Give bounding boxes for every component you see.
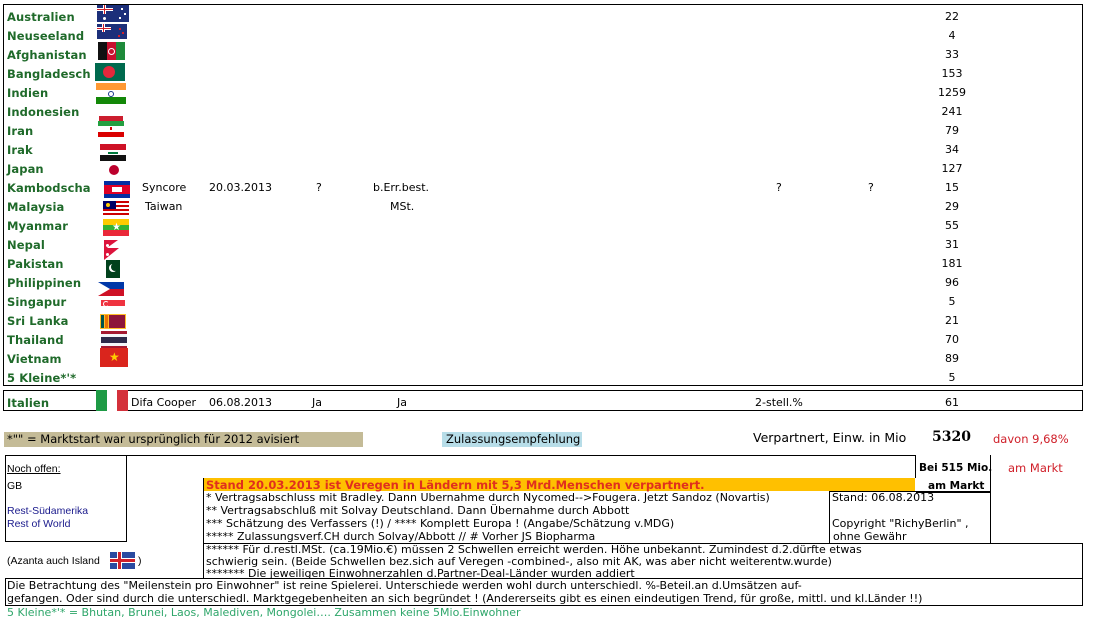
remark-line-2: gefangen. Oder sind durch die unterschie… [7,593,922,606]
country-name: Nepal [7,238,45,252]
bangladesh-flag [95,63,125,81]
footnote-2: ** Vertragsabschluß mit Solvay Deutschla… [206,505,629,518]
pakistan-flag [102,260,120,278]
nepal-flag [104,240,120,260]
afghanistan-flag [98,42,125,60]
partnered-total: 5320 [932,431,971,444]
population-value: 153 [922,67,982,80]
cell-date: 20.03.2013 [209,181,272,194]
iceland-note-close: ) [138,555,142,568]
sri-lanka-flag [100,314,126,329]
population-value: 33 [922,48,982,61]
market-start-note: *"" = Marktstart war ursprünglich für 20… [7,433,299,446]
australia-flag [97,5,129,22]
cell-col4: MSt. [390,200,414,213]
cell-col4: b.Err.best. [373,181,429,194]
country-name: Italien [7,396,49,410]
stand-date: Stand: 06.08.2013 [832,492,934,505]
iraq-flag [100,144,126,161]
population-value: 127 [922,162,982,175]
cambodia-flag [104,181,130,198]
population-value: 29 [922,200,982,213]
cell-col5: ? [776,181,782,194]
population-value: 181 [922,257,982,270]
italy-date: 06.08.2013 [209,396,272,409]
country-name: 5 Kleine*'* [7,371,76,385]
share-label: davon 9,68% [993,433,1069,446]
market-box-line1: Bei 515 Mio. [919,462,992,475]
italy-partner: Difa Cooper [131,396,196,409]
remark-line-1: Die Betrachtung des "Meilenstein pro Ein… [7,580,802,593]
population-value: 1259 [922,86,982,99]
country-name: Japan [7,162,44,176]
open-strip [126,455,916,478]
country-name: Bangladesch [7,67,91,81]
country-name: Pakistan [7,257,64,271]
vietnam-flag: ★ [100,348,128,367]
iceland-flag [110,552,135,569]
population-value: 31 [922,238,982,251]
population-value: 79 [922,124,982,137]
thailand-flag [101,331,127,349]
country-name: Malaysia [7,200,64,214]
iceland-note: (Azanta auch Island [7,555,100,568]
population-value: 5 [922,371,982,384]
population-value: 15 [922,181,982,194]
country-table [3,4,1083,386]
india-flag [96,83,126,104]
population-value: 5 [922,295,982,308]
cell-col3: ? [316,181,322,194]
open-item-gb: GB [7,480,22,493]
new-zealand-flag [97,24,127,39]
singapore-flag [101,300,125,312]
headline: Stand 20.03.2013 ist Veregen in Ländern … [206,479,705,492]
cell-partner: Taiwan [145,200,182,213]
cell-partner: Syncore [142,181,186,194]
population-value: 21 [922,314,982,327]
footnote-1: * Vertragsabschluss mit Bradley. Dann Ub… [206,492,770,505]
country-name: Singapur [7,295,66,309]
italy-col3: Ja [312,396,322,409]
italy-col5: 2-stell.% [755,396,803,409]
country-name: Indonesien [7,105,79,119]
italy-population: 61 [922,396,982,409]
country-name: Vietnam [7,352,62,366]
partnered-label: Verpartnert, Einw. in Mio [753,432,906,445]
malaysia-flag [103,201,129,215]
country-name: Myanmar [7,219,68,233]
country-name: Indien [7,86,48,100]
open-item-rest-of-world: Rest of World [7,518,70,531]
disclaimer: ohne Gewähr [833,531,906,544]
population-value: 34 [922,143,982,156]
population-value: 55 [922,219,982,232]
country-name: Kambodscha [7,181,91,195]
footnote-3: *** Schätzung des Verfassers (!) / **** … [206,518,674,531]
country-name: Australien [7,10,75,24]
footnote-4: ***** Zulassungsverf.CH durch Solvay/Abb… [206,531,595,544]
population-value: 22 [922,10,982,23]
population-value: 96 [922,276,982,289]
country-name: Iran [7,124,33,138]
japan-flag [101,162,127,179]
country-name: Irak [7,143,33,157]
open-item-rest-suedamerika: Rest-Südamerika [7,505,88,518]
country-name: Neuseeland [7,29,84,43]
italy-flag [96,390,128,411]
small-countries-note: 5 Kleine*'* = Bhutan, Brunei, Laos, Male… [7,607,521,620]
on-market-label: am Markt [1008,462,1063,475]
iran-flag [98,121,124,137]
myanmar-flag: ★ [103,219,129,236]
country-name: Sri Lanka [7,314,68,328]
italy-col4: Ja [397,396,407,409]
country-name: Afghanistan [7,48,87,62]
approval-recommendation-label: Zulassungsempfehlung [446,433,580,446]
open-title: Noch offen: [7,463,61,476]
population-value: 4 [922,29,982,42]
population-value: 89 [922,352,982,365]
population-value: 241 [922,105,982,118]
country-name: Thailand [7,333,64,347]
cell-col6: ? [868,181,874,194]
copyright: Copyright "RichyBerlin" , [832,518,969,531]
country-name: Philippinen [7,276,81,290]
philippines-flag [98,282,124,296]
population-value: 70 [922,333,982,346]
